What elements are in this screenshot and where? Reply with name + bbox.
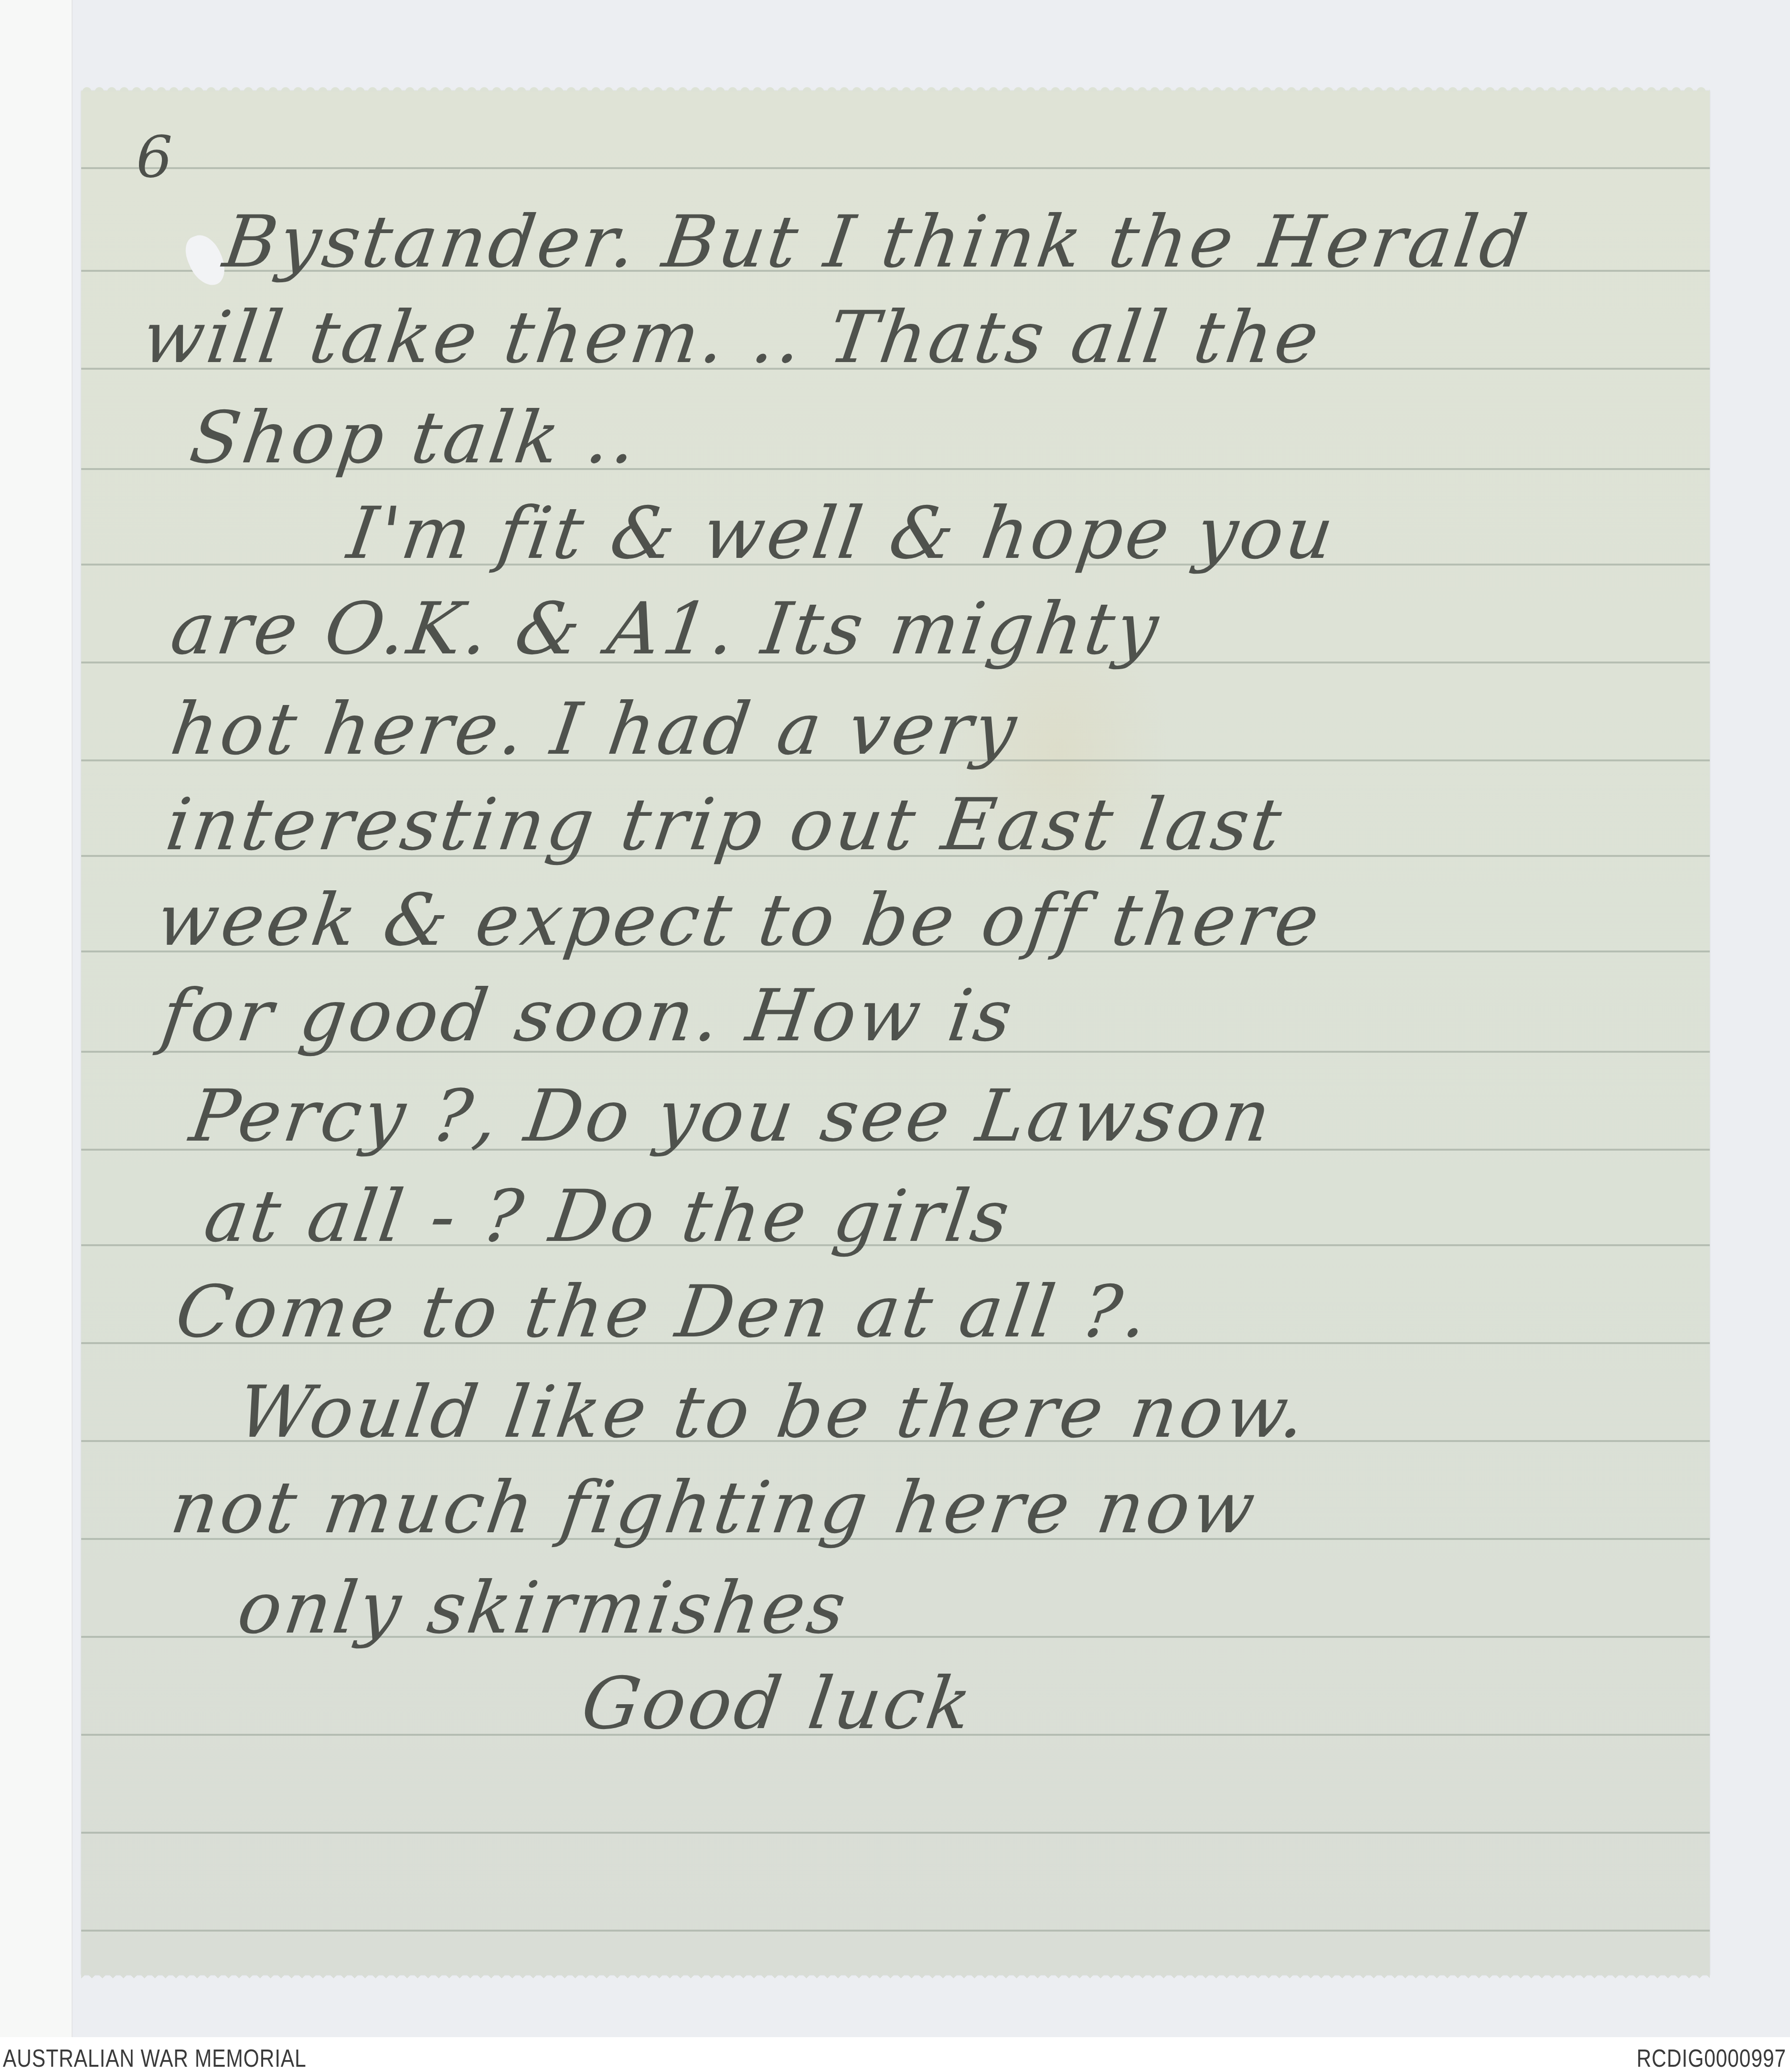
scanner-left-strip: [0, 0, 73, 2037]
handwritten-line: Percy ?, Do you see Lawson: [185, 1075, 1278, 1158]
handwritten-line: will take them. .. Thats all the: [138, 296, 1327, 379]
footer-caption: AUSTRALIAN WAR MEMORIAL RCDIG0000997: [0, 2039, 1790, 2072]
ruled-line: [81, 167, 1710, 169]
handwritten-line: only skirmishes: [233, 1567, 853, 1650]
letter-paper: 6 Bystander. But I think the Herald will…: [81, 91, 1710, 1975]
catalogue-id: RCDIG0000997: [1637, 2044, 1786, 2072]
handwritten-line: at all - ? Do the girls: [200, 1175, 1017, 1258]
handwritten-line: are O.K. & A1. Its mighty: [166, 587, 1166, 671]
torn-bottom-edge: [81, 1974, 1710, 1981]
handwritten-signoff: Good luck: [577, 1662, 979, 1745]
handwritten-line: not much fighting here now: [166, 1466, 1263, 1549]
institution-label: AUSTRALIAN WAR MEMORIAL: [3, 2044, 307, 2072]
handwritten-line: I'm fit & well & hope you: [343, 492, 1342, 575]
page-number: 6: [136, 124, 172, 191]
handwritten-line: for good soon. How is: [157, 974, 1020, 1057]
ruled-line: [81, 1930, 1710, 1932]
handwritten-line: Bystander. But I think the Herald: [219, 201, 1535, 284]
handwritten-line: Would like to be there now.: [233, 1371, 1313, 1454]
ruled-line: [81, 1832, 1710, 1834]
handwritten-line: Shop talk ..: [185, 396, 644, 480]
handwritten-line: interesting trip out East last: [161, 783, 1289, 866]
handwritten-line: Come to the Den at all ?.: [171, 1271, 1156, 1354]
handwritten-line: hot here. I had a very: [166, 688, 1024, 771]
handwritten-line: week & expect to be off there: [152, 879, 1327, 962]
serrated-top-edge: [81, 84, 1710, 92]
